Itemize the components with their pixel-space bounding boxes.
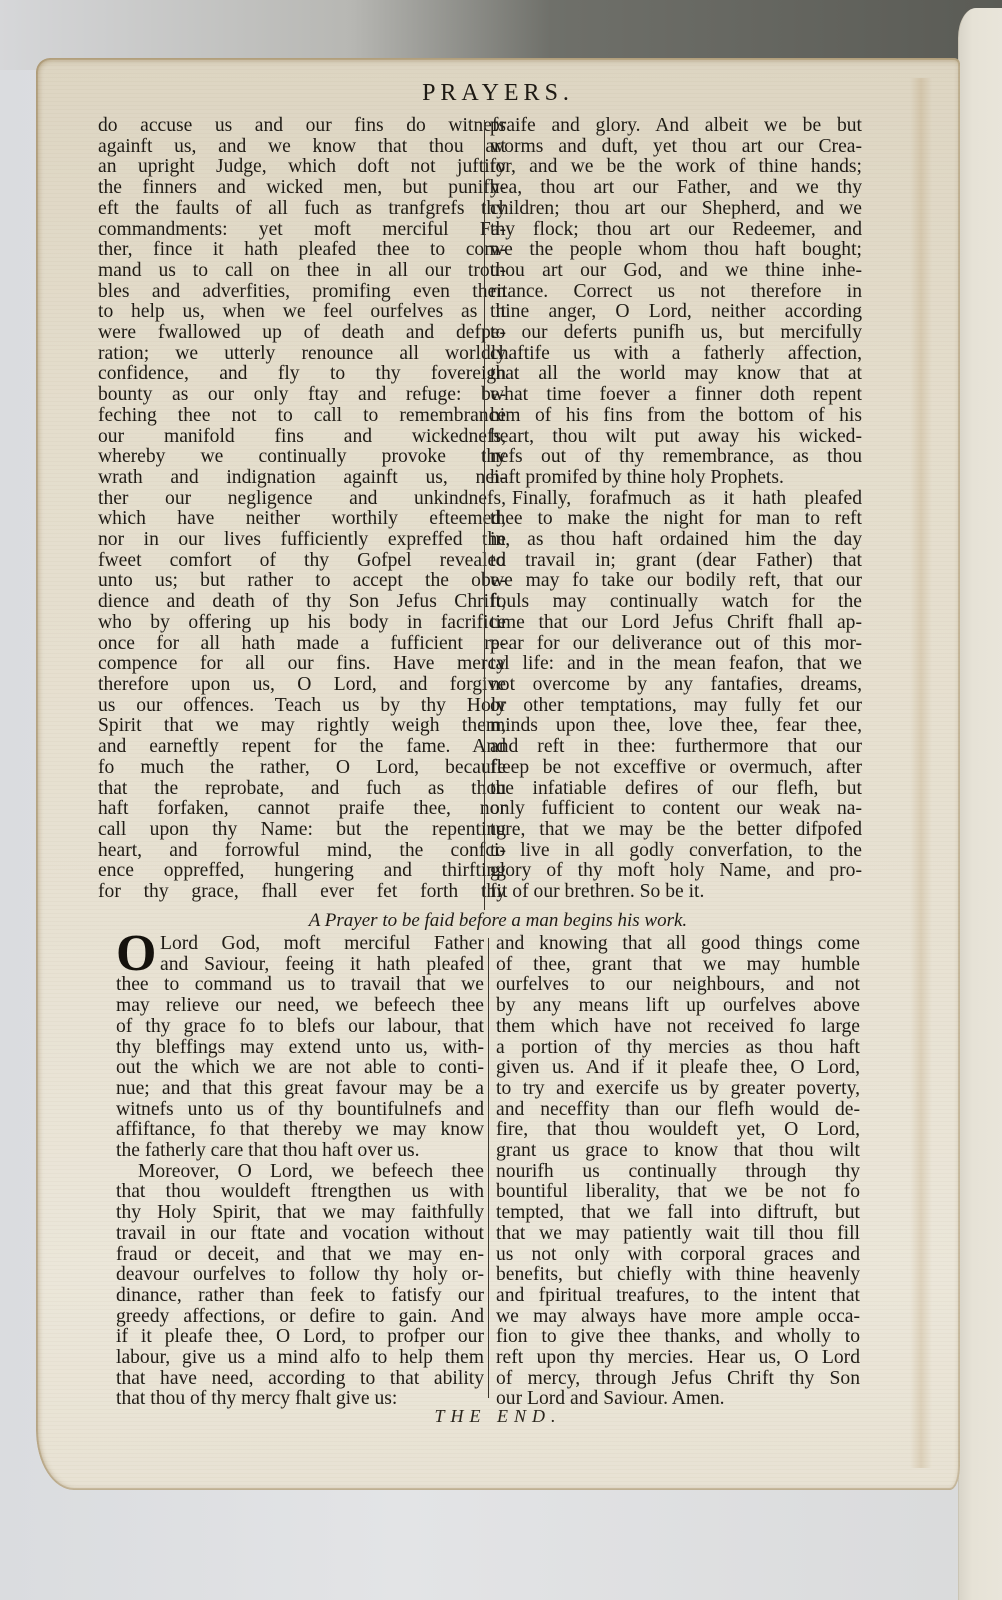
- text-line: of thy grace fo to blefs our labour, tha…: [116, 1017, 484, 1038]
- text-line: praife and glory. And albeit we be but: [490, 116, 862, 137]
- text-line: witnefs unto us of thy bountifulnefs and: [116, 1100, 484, 1121]
- text-line: fleep be not exceffive or overmuch, afte…: [490, 758, 862, 779]
- text-line: given us. And if it pleafe thee, O Lord,: [496, 1058, 860, 1079]
- text-line: for thy grace, fhall ever fet forth thy: [98, 882, 506, 903]
- text-line: haft promifed by thine holy Prophets.: [490, 468, 862, 489]
- text-line: ther, fince it hath pleafed thee to com-: [98, 240, 506, 261]
- text-line: greedy affections, or defire to gain. An…: [116, 1307, 484, 1328]
- text-line: nue; and that this great favour may be a: [116, 1079, 484, 1100]
- text-line: and Saviour, feeing it hath pleafed: [116, 955, 484, 976]
- text-line: grant us grace to know that thou wilt: [496, 1141, 860, 1162]
- text-line: thou art our God, and we thine inhe-: [490, 261, 862, 282]
- text-line: a portion of thy mercies as thou haft: [496, 1038, 860, 1059]
- text-line: which have neither worthily efteemed,: [98, 509, 506, 530]
- text-line: Moreover, O Lord, we befeech thee: [116, 1162, 484, 1183]
- text-line: Finally, forafmuch as it hath pleafed: [490, 489, 862, 510]
- text-line: in, as thou haft ordained him the day: [490, 530, 862, 551]
- text-line: by any means lift up ourfelves above: [496, 996, 860, 1017]
- text-line: and reft in thee: furthermore that our: [490, 737, 862, 758]
- text-line: feching thee not to call to remembrance: [98, 406, 506, 427]
- text-line: them which have not received fo large: [496, 1017, 860, 1038]
- text-line: to travail in; grant (dear Father) that: [490, 551, 862, 572]
- text-line: ration; we utterly renounce all worldly: [98, 344, 506, 365]
- text-line: mand us to call on thee in all our trou-: [98, 261, 506, 282]
- text-line: deavour ourfelves to follow thy holy or-: [116, 1265, 484, 1286]
- text-line: and earneftly repent for the fame. And: [98, 737, 506, 758]
- text-line: fit of our brethren. So be it.: [490, 882, 862, 903]
- text-line: that we may patiently wait till thou fil…: [496, 1224, 860, 1245]
- text-line: the fatherly care that thou haft over us…: [116, 1141, 484, 1162]
- text-line: thine anger, O Lord, neither according: [490, 302, 862, 323]
- text-line: us not only with corporal graces and: [496, 1245, 860, 1266]
- text-line: labour, give us a mind alfo to help them: [116, 1348, 484, 1369]
- text-line: the infatiable defires of our flefh, but: [490, 779, 862, 800]
- text-line: if it pleafe thee, O Lord, to profper ou…: [116, 1327, 484, 1348]
- text-line: benefits, but chiefly with thine heavenl…: [496, 1265, 860, 1286]
- text-line: or other temptations, may fully fet our: [490, 696, 862, 717]
- text-line: chaftife us with a fatherly affection,: [490, 344, 862, 365]
- text-line: heart, and forrowful mind, the confci-: [98, 841, 506, 862]
- facing-page-edge: [958, 8, 1002, 1600]
- text-line: not overcome by any fantafies, dreams,: [490, 675, 862, 696]
- text-line: thee to command us to travail that we: [116, 975, 484, 996]
- text-line: tal life: and in the mean feafon, that w…: [490, 654, 862, 675]
- text-line: of thee, grant that we may humble: [496, 955, 860, 976]
- text-line: travail in our ftate and vocation withou…: [116, 1224, 484, 1245]
- text-line: bountiful liberality, that we be not fo: [496, 1182, 860, 1203]
- section2-left-column: OLord God, moft merciful Fatherand Savio…: [116, 934, 484, 1410]
- text-line: thy flock; thou art our Redeemer, and: [490, 220, 862, 241]
- text-line: to try and exercife us by greater povert…: [496, 1079, 860, 1100]
- text-line: commandments: yet moft merciful Fa-: [98, 220, 506, 241]
- text-line: nefs out of thy remembrance, as thou: [490, 447, 862, 468]
- text-line: wrath and indignation againft us, nei-: [98, 468, 506, 489]
- text-line: we may always have more ample occa-: [496, 1307, 860, 1328]
- section1-right-column: praife and glory. And albeit we be butwo…: [490, 116, 862, 903]
- text-line: nourifh us continually through thy: [496, 1162, 860, 1183]
- text-line: affiftance, fo that thereby we may know: [116, 1120, 484, 1141]
- text-line: out the which we are not able to conti-: [116, 1058, 484, 1079]
- column-rule: [488, 938, 489, 1398]
- text-line: ther our negligence and unkindnefs,: [98, 489, 506, 510]
- text-line: thy Holy Spirit, that we may faithfully: [116, 1203, 484, 1224]
- text-line: fweet comfort of thy Gofpel revealed: [98, 551, 506, 572]
- text-line: an upright Judge, which doft not juftify: [98, 157, 506, 178]
- text-line: ence oppreffed, hungering and thirfting: [98, 861, 506, 882]
- text-line: only fufficient to content our weak na-: [490, 799, 862, 820]
- text-line: confidence, and fly to thy fovereign: [98, 364, 506, 385]
- text-line: to help us, when we feel ourfelves as it: [98, 302, 506, 323]
- text-line: and neceffity than our flefh would de-: [496, 1100, 860, 1121]
- text-line: fion to give thee thanks, and wholly to: [496, 1327, 860, 1348]
- text-line: compence for all our fins. Have mercy: [98, 654, 506, 675]
- text-line: were fwallowed up of death and defpe-: [98, 323, 506, 344]
- text-line: us our offences. Teach us by thy Holy: [98, 696, 506, 717]
- text-line: nor in our lives fufficiently expreffed …: [98, 530, 506, 551]
- text-line: unto us; but rather to accept the obe-: [98, 571, 506, 592]
- text-line: glory of thy moft holy Name, and pro-: [490, 861, 862, 882]
- text-line: fire, that thou wouldeft yet, O Lord,: [496, 1120, 860, 1141]
- text-line: eft the faults of all fuch as tranfgrefs…: [98, 199, 506, 220]
- text-line: bles and adverfities, promifing even the…: [98, 282, 506, 303]
- text-line: may relieve our need, we befeech thee: [116, 996, 484, 1017]
- running-head: PRAYERS.: [36, 80, 960, 107]
- text-line: yea, thou art our Father, and we thy: [490, 178, 862, 199]
- text-line: Spirit that we may rightly weigh them,: [98, 716, 506, 737]
- book-page: PRAYERS. do accuse us and our fins do wi…: [36, 58, 960, 1490]
- text-line: we the people whom thou haft bought;: [490, 240, 862, 261]
- text-line: of mercy, through Jefus Chrift thy Son: [496, 1369, 860, 1390]
- text-line: thee to make the night for man to reft: [490, 509, 862, 530]
- section1-left-column: do accuse us and our fins do witnefsagai…: [98, 116, 506, 903]
- text-line: that all the world may know that at: [490, 364, 862, 385]
- text-line: the finners and wicked men, but punifh-: [98, 178, 506, 199]
- text-line: whereby we continually provoke thy: [98, 447, 506, 468]
- text-line: ritance. Correct us not therefore in: [490, 282, 862, 303]
- text-line: fo much the rather, O Lord, becaufe: [98, 758, 506, 779]
- text-line: minds upon thee, love thee, fear thee,: [490, 716, 862, 737]
- section2-right-column: and knowing that all good things comeof …: [496, 934, 860, 1410]
- drop-cap: O: [116, 932, 156, 976]
- text-line: and knowing that all good things come: [496, 934, 860, 955]
- text-line: time that our Lord Jefus Chrift fhall ap…: [490, 613, 862, 634]
- text-line: we may fo take our bodily reft, that our: [490, 571, 862, 592]
- text-line: him of his fins from the bottom of his: [490, 406, 862, 427]
- prayer-heading: A Prayer to be faid before a man begins …: [36, 910, 960, 932]
- text-line: dinance, rather than feek to fatisfy our: [116, 1286, 484, 1307]
- text-line: tor, and we be the work of thine hands;: [490, 157, 862, 178]
- text-line: to our deferts punifh us, but mercifully: [490, 323, 862, 344]
- text-line: pear for our deliverance out of this mor…: [490, 634, 862, 655]
- text-line: our manifold fins and wickednefs,: [98, 427, 506, 448]
- text-line: that the reprobate, and fuch as thou: [98, 779, 506, 800]
- text-line: thy bleffings may extend unto us, with-: [116, 1038, 484, 1059]
- text-line: worms and duft, yet thou art our Crea-: [490, 137, 862, 158]
- text-line: children; thou art our Shepherd, and we: [490, 199, 862, 220]
- text-line: haft forfaken, cannot praife thee, nor: [98, 799, 506, 820]
- text-line: heart, thou wilt put away his wicked-: [490, 427, 862, 448]
- text-line: who by offering up his body in facrifice: [98, 613, 506, 634]
- text-line: ourfelves to our neighbours, and not: [496, 975, 860, 996]
- text-line: do accuse us and our fins do witnefs: [98, 116, 506, 137]
- text-line: dience and death of thy Son Jefus Chrift…: [98, 592, 506, 613]
- text-line: call upon thy Name: but the repenting: [98, 820, 506, 841]
- column-rule: [484, 120, 485, 910]
- text-line: fouls may continually watch for the: [490, 592, 862, 613]
- text-line: Lord God, moft merciful Father: [116, 934, 484, 955]
- the-end-colophon: THE END.: [36, 1406, 960, 1427]
- text-line: fraud or deceit, and that we may en-: [116, 1245, 484, 1266]
- text-line: ture, that we may be the better difpofed: [490, 820, 862, 841]
- text-line: that have need, according to that abilit…: [116, 1369, 484, 1390]
- text-line: therefore upon us, O Lord, and forgive: [98, 675, 506, 696]
- text-line: that thou wouldeft ftrengthen us with: [116, 1182, 484, 1203]
- text-line: bounty as our only ftay and refuge: be-: [98, 385, 506, 406]
- text-line: once for all hath made a fufficient re-: [98, 634, 506, 655]
- text-line: to live in all godly converfation, to th…: [490, 841, 862, 862]
- text-line: tempted, that we fall into diftruft, but: [496, 1203, 860, 1224]
- text-line: reft upon thy mercies. Hear us, O Lord: [496, 1348, 860, 1369]
- text-line: what time foever a finner doth repent: [490, 385, 862, 406]
- text-line: againft us, and we know that thou art: [98, 137, 506, 158]
- text-line: and fpiritual treafures, to the intent t…: [496, 1286, 860, 1307]
